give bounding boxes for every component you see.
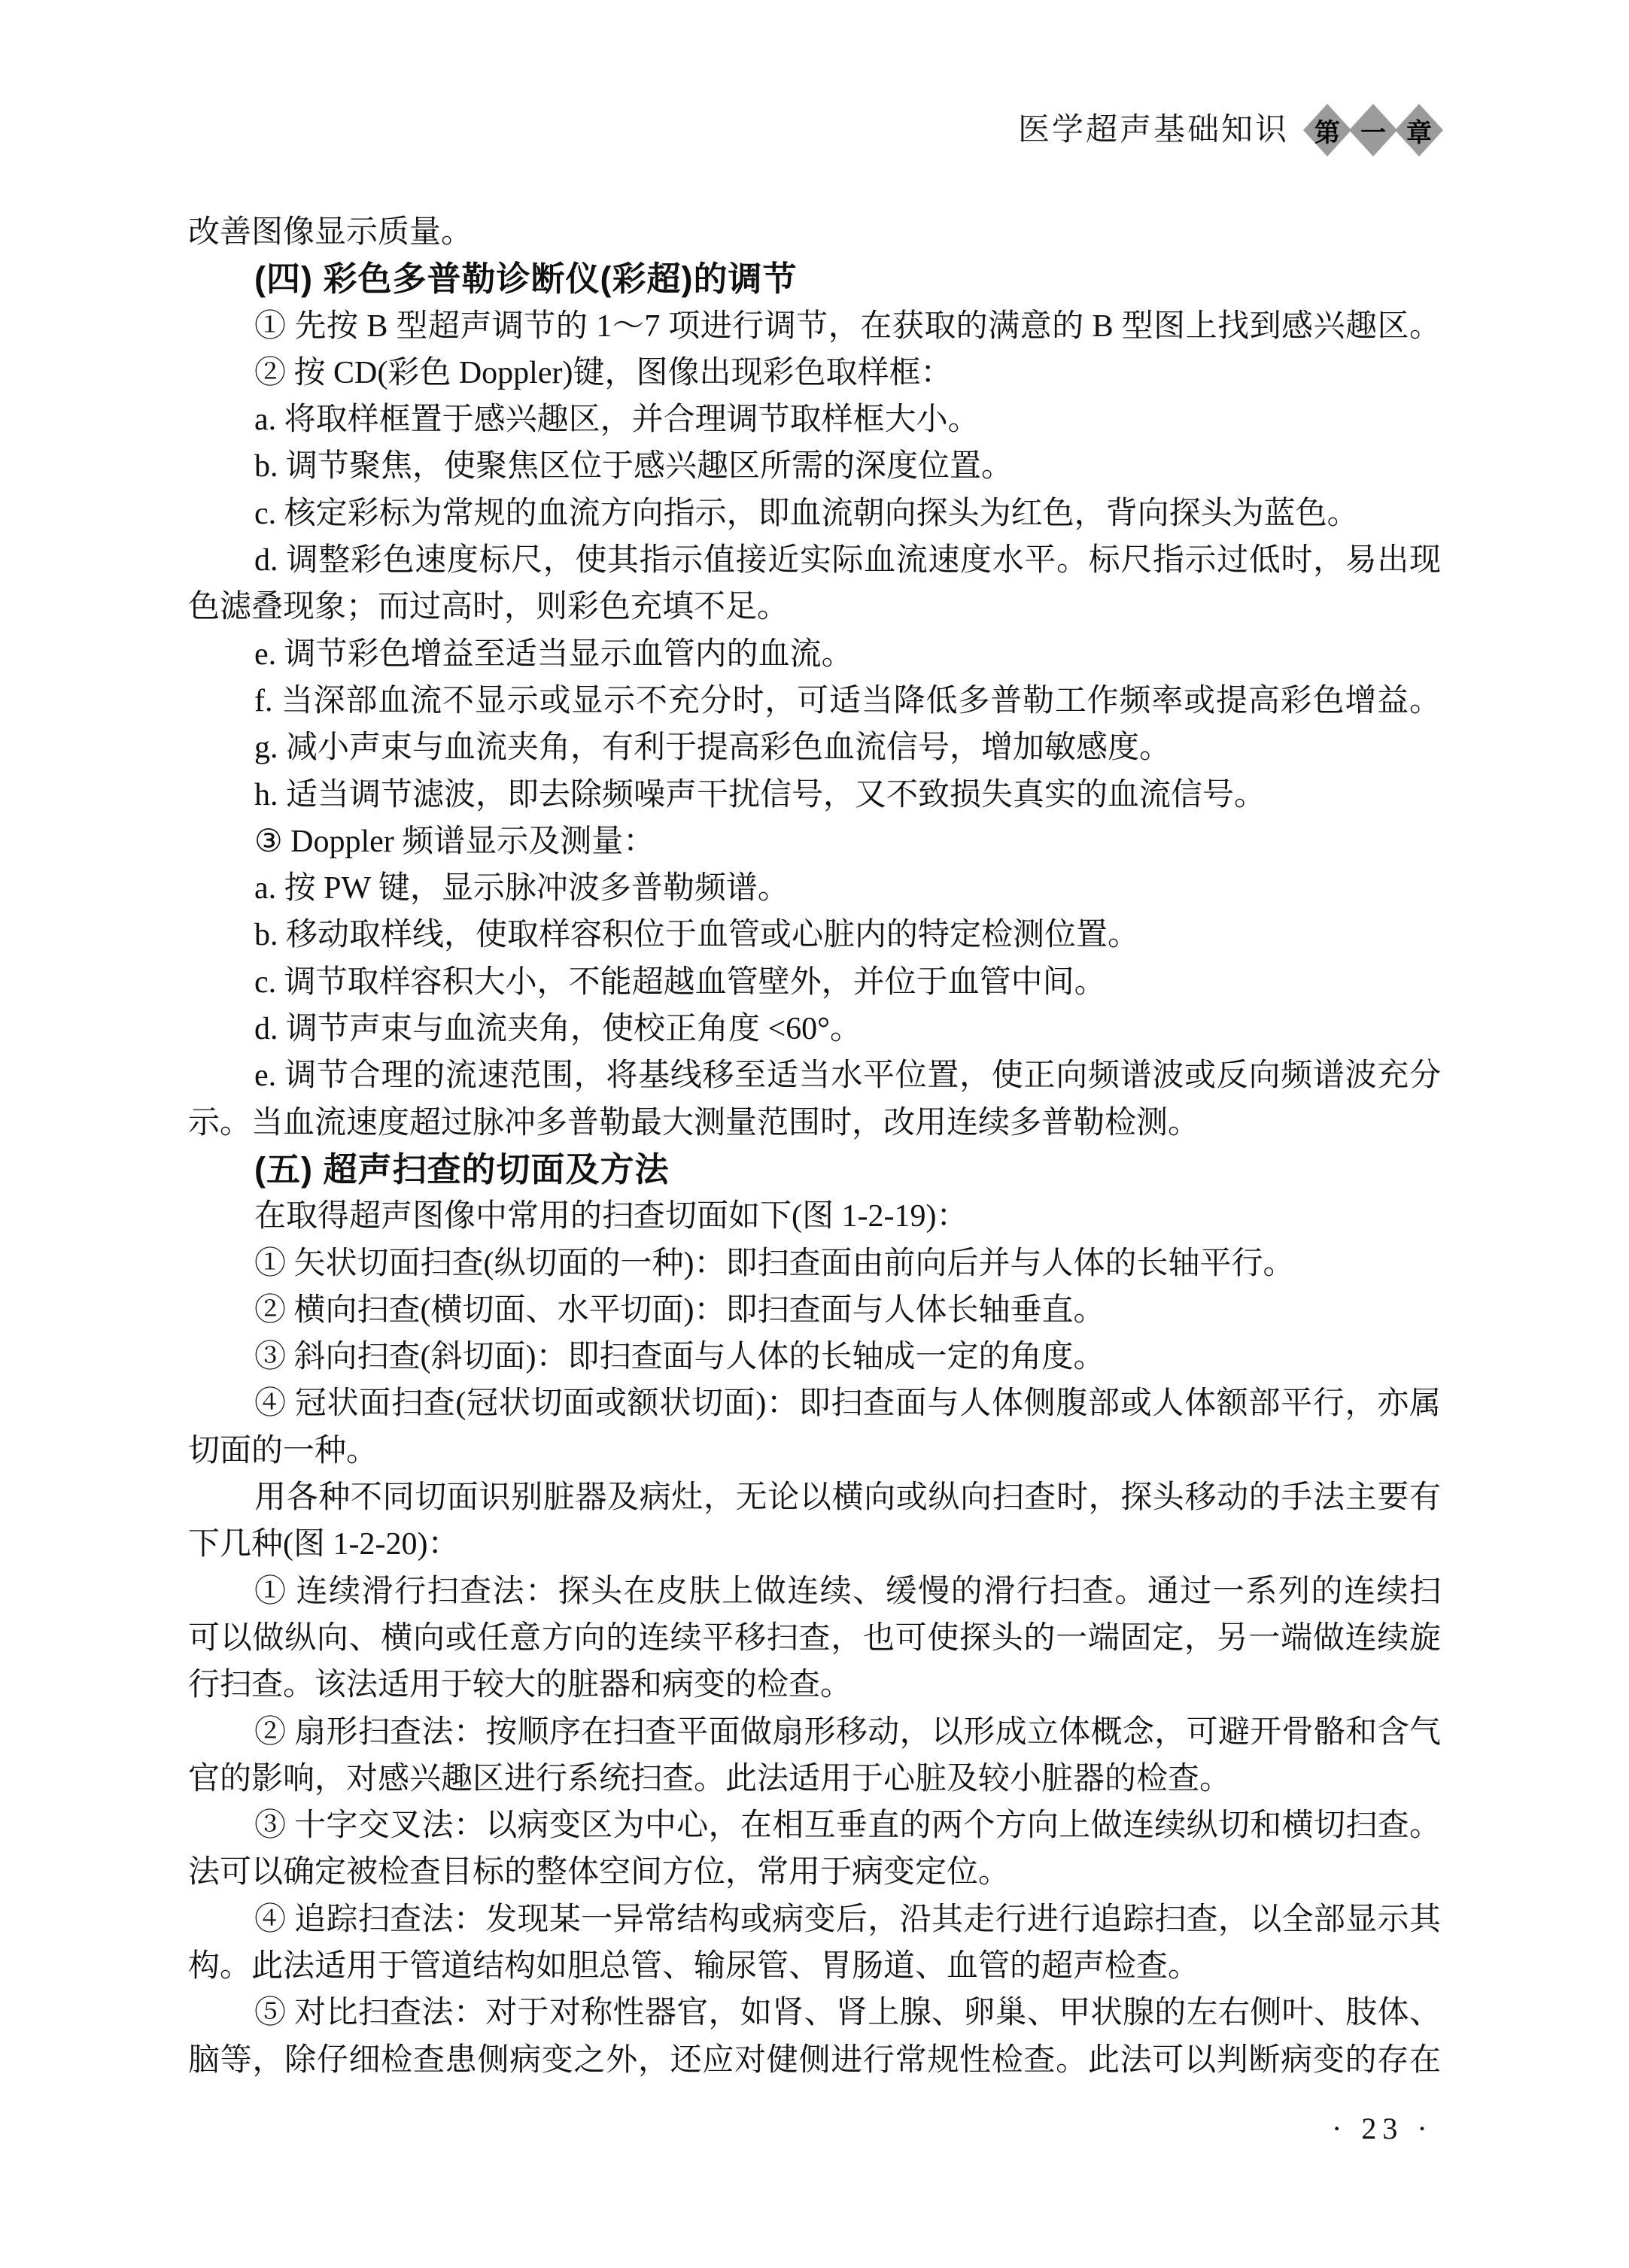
- text-line: 构。此法适用于管道结构如胆总管、输尿管、胃肠道、血管的超声检查。: [188, 1943, 1441, 1990]
- text-line: c. 核定彩标为常规的血流方向指示，即血流朝向探头为红色，背向探头为蓝色。: [188, 490, 1441, 537]
- section-heading: (五) 超声扫查的切面及方法: [188, 1146, 1441, 1193]
- text-line: h. 适当调节滤波，即去除频噪声干扰信号，又不致损失真实的血流信号。: [188, 772, 1441, 818]
- text-line: a. 将取样框置于感兴趣区，并合理调节取样框大小。: [188, 396, 1441, 443]
- text-line: 法可以确定被检查目标的整体空间方位，常用于病变定位。: [188, 1849, 1441, 1896]
- text-line: b. 调节聚焦，使聚焦区位于感兴趣区所需的深度位置。: [188, 443, 1441, 490]
- text-line: 行扫查。该法适用于较大的脏器和病变的检查。: [188, 1662, 1441, 1708]
- page-header: 医学超声基础知识 第 一 章: [1018, 104, 1443, 156]
- chapter-diamond-2: 一: [1349, 104, 1397, 156]
- text-line: ② 扇形扫查法：按顺序在扫查平面做扇形移动，以形成立体概念，可避开骨骼和含气器: [188, 1709, 1441, 1756]
- text-line: f. 当深部血流不显示或显示不充分时，可适当降低多普勒工作频率或提高彩色增益。: [188, 678, 1441, 724]
- text-line: ② 横向扫查(横切面、水平切面)：即扫查面与人体长轴垂直。: [188, 1287, 1441, 1334]
- chapter-badge: 第 一 章: [1305, 104, 1443, 156]
- text-line: c. 调节取样容积大小，不能超越血管壁外，并位于血管中间。: [188, 959, 1441, 1006]
- text-line: b. 移动取样线，使取样容积位于血管或心脏内的特定检测位置。: [188, 912, 1441, 958]
- text-line: 在取得超声图像中常用的扫查切面如下(图 1-2-19)：: [188, 1193, 1441, 1240]
- text-line: ④ 追踪扫查法：发现某一异常结构或病变后，沿其走行进行追踪扫查，以全部显示其结: [188, 1896, 1441, 1943]
- text-line: 脑等，除仔细检查患侧病变之外，还应对健侧进行常规性检查。此法可以判断病变的存在和: [188, 2037, 1441, 2084]
- section-heading: (四) 彩色多普勒诊断仪(彩超)的调节: [188, 256, 1441, 302]
- text-line: 下几种(图 1-2-20)：: [188, 1521, 1441, 1568]
- running-title: 医学超声基础知识: [1018, 104, 1289, 156]
- text-line: ① 矢状切面扫查(纵切面的一种)：即扫查面由前向后并与人体的长轴平行。: [188, 1240, 1441, 1287]
- book-page: 医学超声基础知识 第 一 章 改善图像显示质量。(四) 彩色多普勒诊断仪(彩超)…: [0, 0, 1629, 2268]
- text-line: g. 减小声束与血流夹角，有利于提高彩色血流信号，增加敏感度。: [188, 724, 1441, 771]
- text-line: ③ 斜向扫查(斜切面)：即扫查面与人体的长轴成一定的角度。: [188, 1334, 1441, 1380]
- chapter-diamond-3: 章: [1395, 104, 1443, 156]
- text-line: ⑤ 对比扫查法：对于对称性器官，如肾、肾上腺、卵巢、甲状腺的左右侧叶、肢体、眼球…: [188, 1990, 1441, 2036]
- text-line: 色滤叠现象；而过高时，则彩色充填不足。: [188, 584, 1441, 630]
- text-line: 切面的一种。: [188, 1428, 1441, 1474]
- chapter-diamond-1: 第: [1303, 104, 1351, 156]
- text-line: ① 先按 B 型超声调节的 1～7 项进行调节，在获取的满意的 B 型图上找到感…: [188, 303, 1441, 350]
- text-line: 示。当血流速度超过脉冲多普勒最大测量范围时，改用连续多普勒检测。: [188, 1100, 1441, 1146]
- body-text: 改善图像显示质量。(四) 彩色多普勒诊断仪(彩超)的调节① 先按 B 型超声调节…: [188, 209, 1441, 2084]
- text-line: ③ 十字交叉法：以病变区为中心，在相互垂直的两个方向上做连续纵切和横切扫查。该: [188, 1802, 1441, 1849]
- text-line: d. 调节声束与血流夹角，使校正角度 <60°。: [188, 1006, 1441, 1052]
- text-line: ① 连续滑行扫查法：探头在皮肤上做连续、缓慢的滑行扫查。通过一系列的连续扫查，: [188, 1568, 1441, 1615]
- text-line: 官的影响，对感兴趣区进行系统扫查。此法适用于心脏及较小脏器的检查。: [188, 1756, 1441, 1802]
- text-line: d. 调整彩色速度标尺，使其指示值接近实际血流速度水平。标尺指示过低时，易出现彩: [188, 537, 1441, 584]
- text-line: 改善图像显示质量。: [188, 209, 1441, 256]
- text-line: ④ 冠状面扫查(冠状切面或额状切面)：即扫查面与人体侧腹部或人体额部平行，亦属纵: [188, 1380, 1441, 1427]
- text-line: ③ Doppler 频谱显示及测量：: [188, 818, 1441, 865]
- text-line: 用各种不同切面识别脏器及病灶，无论以横向或纵向扫查时，探头移动的手法主要有以: [188, 1474, 1441, 1521]
- text-line: e. 调节彩色增益至适当显示血管内的血流。: [188, 631, 1441, 678]
- text-line: e. 调节合理的流速范围，将基线移至适当水平位置，使正向频谱波或反向频谱波充分显: [188, 1052, 1441, 1099]
- text-line: ② 按 CD(彩色 Doppler)键，图像出现彩色取样框：: [188, 350, 1441, 396]
- page-number: · 23 ·: [1332, 2111, 1433, 2147]
- text-line: 可以做纵向、横向或任意方向的连续平移扫查，也可使探头的一端固定，另一端做连续旋转…: [188, 1615, 1441, 1662]
- text-line: a. 按 PW 键，显示脉冲波多普勒频谱。: [188, 865, 1441, 912]
